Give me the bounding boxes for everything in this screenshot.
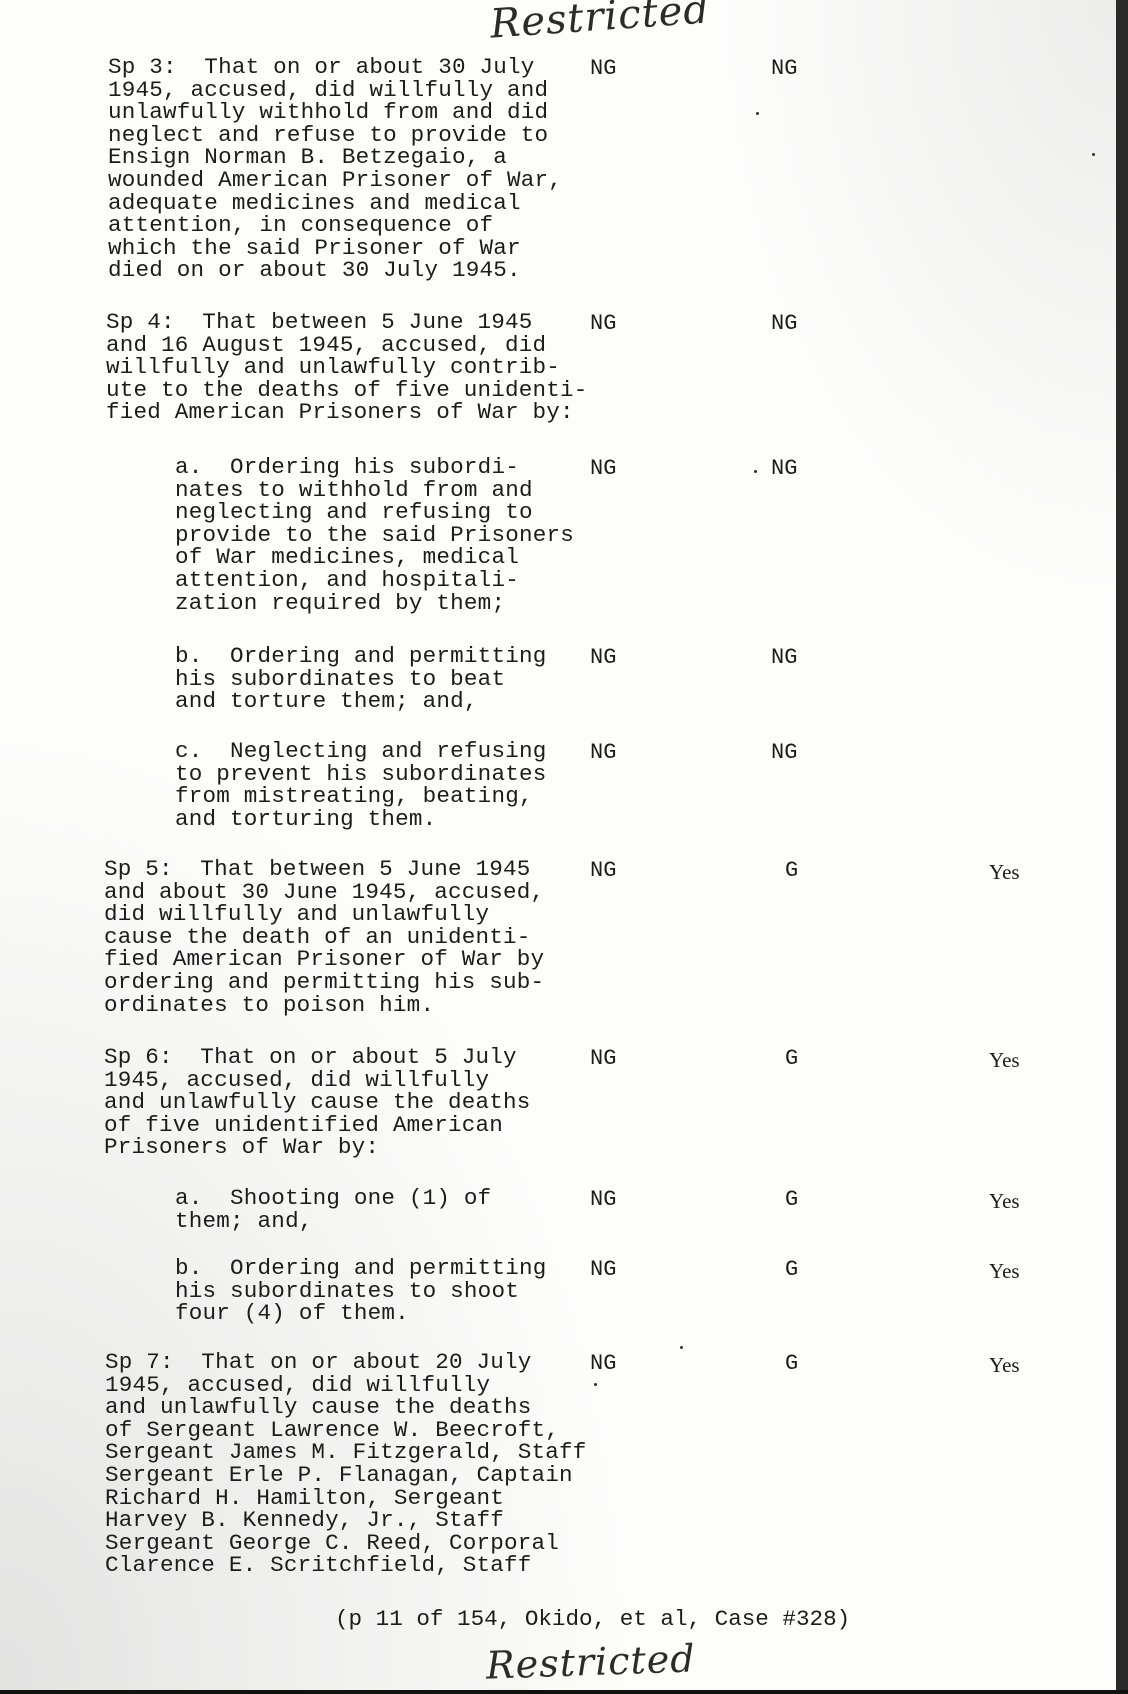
spec-text-sp6a: a. Shooting one (1) of them; and, <box>175 1187 491 1232</box>
spec-text-sp3: Sp 3: That on or about 30 July 1945, acc… <box>108 56 562 282</box>
approved-sp6a: Yes <box>989 1190 1020 1212</box>
plea-sp4c: NG <box>590 742 616 764</box>
spec-text-sp4a: a. Ordering his subordi- nates to withho… <box>175 456 574 614</box>
scan-speck <box>594 1383 597 1386</box>
scan-speck <box>680 1346 683 1349</box>
finding-sp4a: NG <box>771 458 797 480</box>
spec-text-sp7: Sp 7: That on or about 20 July 1945, acc… <box>105 1351 587 1577</box>
spec-text-sp6: Sp 6: That on or about 5 July 1945, accu… <box>104 1046 531 1159</box>
approved-sp6: Yes <box>989 1049 1020 1071</box>
finding-sp7: G <box>785 1353 798 1375</box>
approved-sp6b: Yes <box>989 1260 1020 1282</box>
scan-speck <box>756 112 759 115</box>
plea-sp6: NG <box>590 1048 616 1070</box>
plea-sp3: NG <box>590 58 616 80</box>
plea-sp7: NG <box>590 1353 616 1375</box>
approved-sp7: Yes <box>989 1354 1020 1376</box>
page-footer: (p 11 of 154, Okido, et al, Case #328) <box>335 1606 850 1632</box>
spec-text-sp4b: b. Ordering and permitting his subordina… <box>175 645 546 713</box>
plea-sp4: NG <box>590 313 616 335</box>
finding-sp6: G <box>785 1048 798 1070</box>
approved-sp5: Yes <box>989 861 1020 883</box>
spec-text-sp5: Sp 5: That between 5 June 1945 and about… <box>104 858 544 1016</box>
restricted-stamp-bottom: Restricted <box>485 1636 696 1687</box>
plea-sp6b: NG <box>590 1259 616 1281</box>
finding-sp3: NG <box>771 58 797 80</box>
finding-sp4c: NG <box>771 742 797 764</box>
finding-sp4: NG <box>771 313 797 335</box>
scan-edge-right <box>1116 0 1128 1694</box>
spec-text-sp4: Sp 4: That between 5 June 1945 and 16 Au… <box>106 311 588 424</box>
scan-speck <box>1092 153 1095 156</box>
plea-sp5: NG <box>590 860 616 882</box>
spec-text-sp6b: b. Ordering and permitting his subordina… <box>175 1257 546 1325</box>
plea-sp4a: NG <box>590 458 616 480</box>
restricted-stamp-top: Restricted <box>489 0 712 48</box>
plea-sp4b: NG <box>590 647 616 669</box>
finding-sp6a: G <box>785 1189 798 1211</box>
spec-text-sp4c: c. Neglecting and refusing to prevent hi… <box>175 740 546 830</box>
finding-sp4b: NG <box>771 647 797 669</box>
plea-sp6a: NG <box>590 1189 616 1211</box>
scan-edge-bottom <box>0 1690 1128 1694</box>
scan-speck <box>754 470 757 473</box>
finding-sp5: G <box>785 860 798 882</box>
document-page: Restricted Sp 3: That on or about 30 Jul… <box>0 0 1116 1690</box>
finding-sp6b: G <box>785 1259 798 1281</box>
